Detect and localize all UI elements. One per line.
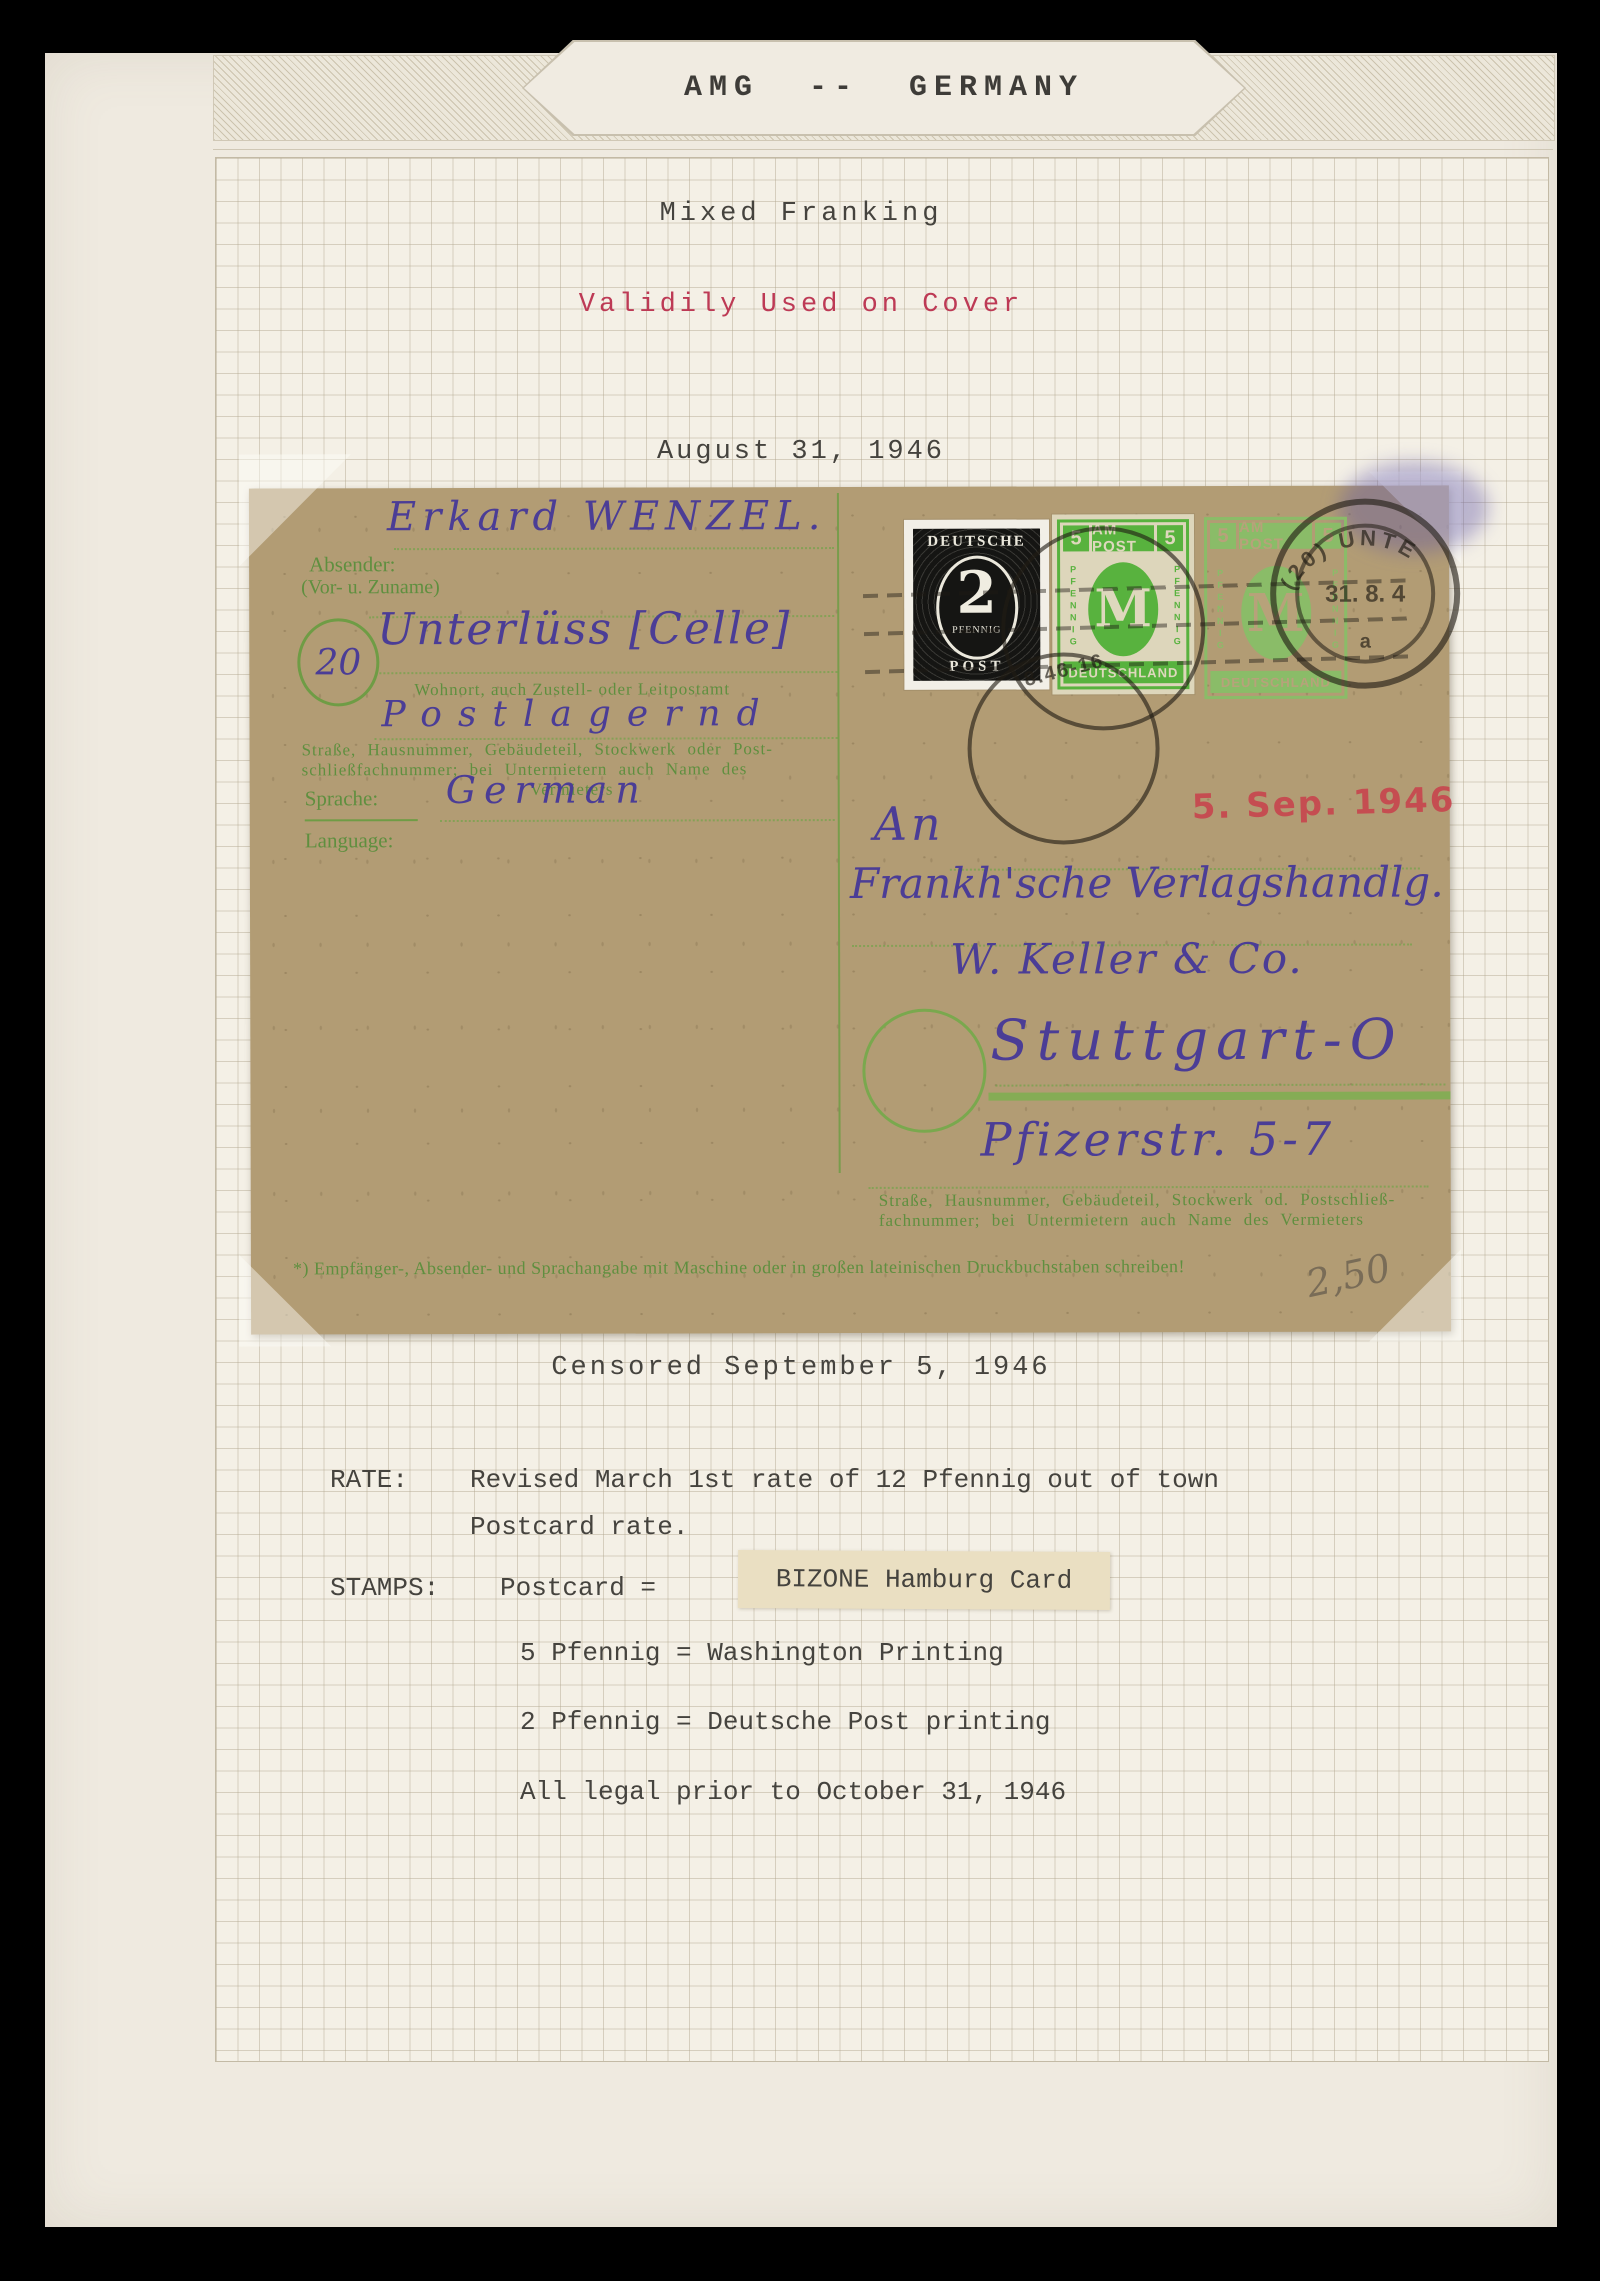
- destination-street-handwriting: Pfizerstr. 5-7: [981, 1112, 1336, 1167]
- sprache-label: Sprache:: [305, 786, 419, 821]
- postal-zone-circle: 20: [297, 618, 379, 706]
- stamps-label: STAMPS:: [330, 1573, 439, 1603]
- recipient-name-handwriting: Frankh'sche Verlagshandlg.: [850, 857, 1444, 908]
- dotted-line: [869, 1185, 1429, 1188]
- rate-text-line1: Revised March 1st rate of 12 Pfennig out…: [470, 1465, 1219, 1495]
- sender-street-handwriting: Postlagernd: [381, 693, 775, 735]
- subject-heading: Mixed Franking: [45, 199, 1557, 229]
- album-page: AMG -- GERMANY Mixed Franking Validily U…: [45, 53, 1557, 2227]
- stamps-postcard-value: BIZONE Hamburg Card: [776, 1564, 1073, 1596]
- stamps-2pf-note: 2 Pfennig = Deutsche Post printing: [520, 1707, 1051, 1737]
- header-band: AMG -- GERMANY: [213, 55, 1555, 141]
- title-banner: AMG -- GERMANY: [522, 40, 1246, 136]
- recipient-street-hint: Straße, Hausnummer, Gebäudeteil, Stockwe…: [879, 1189, 1454, 1231]
- postmark-date: 31. 8. 4: [1325, 581, 1406, 608]
- mounting-corner: [239, 454, 351, 566]
- card-footnote: *) Empfänger-, Absender- und Sprachangab…: [293, 1256, 1185, 1279]
- dotted-line: [995, 1083, 1445, 1086]
- stamps-5pf-note: 5 Pfennig = Washington Printing: [520, 1638, 1004, 1668]
- stamp-2pf-header: DEUTSCHE: [913, 534, 1040, 551]
- language-handwriting: German: [446, 768, 648, 813]
- dotted-line: [440, 819, 835, 822]
- sender-name-handwriting: Erkard WENZEL.: [387, 493, 827, 540]
- album-scan: AMG -- GERMANY Mixed Franking Validily U…: [0, 0, 1600, 2281]
- rate-label: RATE:: [330, 1465, 408, 1495]
- censored-caption: Censored September 5, 1946: [45, 1353, 1557, 1383]
- destination-zone-circle: [862, 1009, 986, 1133]
- card-divider-line: [837, 493, 841, 1173]
- postmark-date: 8.46-16: [1022, 650, 1107, 692]
- an-handwriting: An: [874, 797, 945, 851]
- postmark-cds: 8.46-16: [1001, 526, 1206, 731]
- postcard: Absender: Erkard WENZEL. (Vor- u. Zuname…: [249, 485, 1451, 1334]
- stamps-postcard-prefix: Postcard =: [500, 1573, 656, 1603]
- imprint-denom-left: 5: [1210, 523, 1236, 549]
- destination-city-handwriting: Stuttgart-O: [990, 1008, 1403, 1074]
- destination-underline-bar: [988, 1091, 1450, 1100]
- postmark-cds-unterluss: (20) UNTE 31. 8. 4 a: [1269, 497, 1462, 690]
- postmark-letter: a: [1360, 631, 1372, 653]
- language-label: Language:: [305, 828, 394, 853]
- header-rule: [213, 149, 1553, 150]
- dotted-line: [379, 671, 837, 674]
- subject-subheading: Validily Used on Cover: [45, 290, 1557, 320]
- legal-note: All legal prior to October 31, 1946: [520, 1777, 1066, 1807]
- postal-zone-handwriting: 20: [315, 642, 361, 683]
- sender-city-handwriting: Unterlüss [Celle]: [377, 603, 791, 655]
- dotted-line: [394, 547, 834, 550]
- vor-zuname-hint: (Vor- u. Zuname): [301, 576, 440, 599]
- censor-date-stamp: 5. Sep. 1946: [1191, 780, 1456, 828]
- highlight-label-strip: BIZONE Hamburg Card: [738, 1550, 1110, 1610]
- rate-text-line2: Postcard rate.: [470, 1512, 688, 1542]
- recipient-company-handwriting: W. Keller & Co.: [950, 934, 1304, 984]
- page-title: AMG -- GERMANY: [684, 71, 1084, 105]
- absender-label: Absender:: [309, 552, 395, 577]
